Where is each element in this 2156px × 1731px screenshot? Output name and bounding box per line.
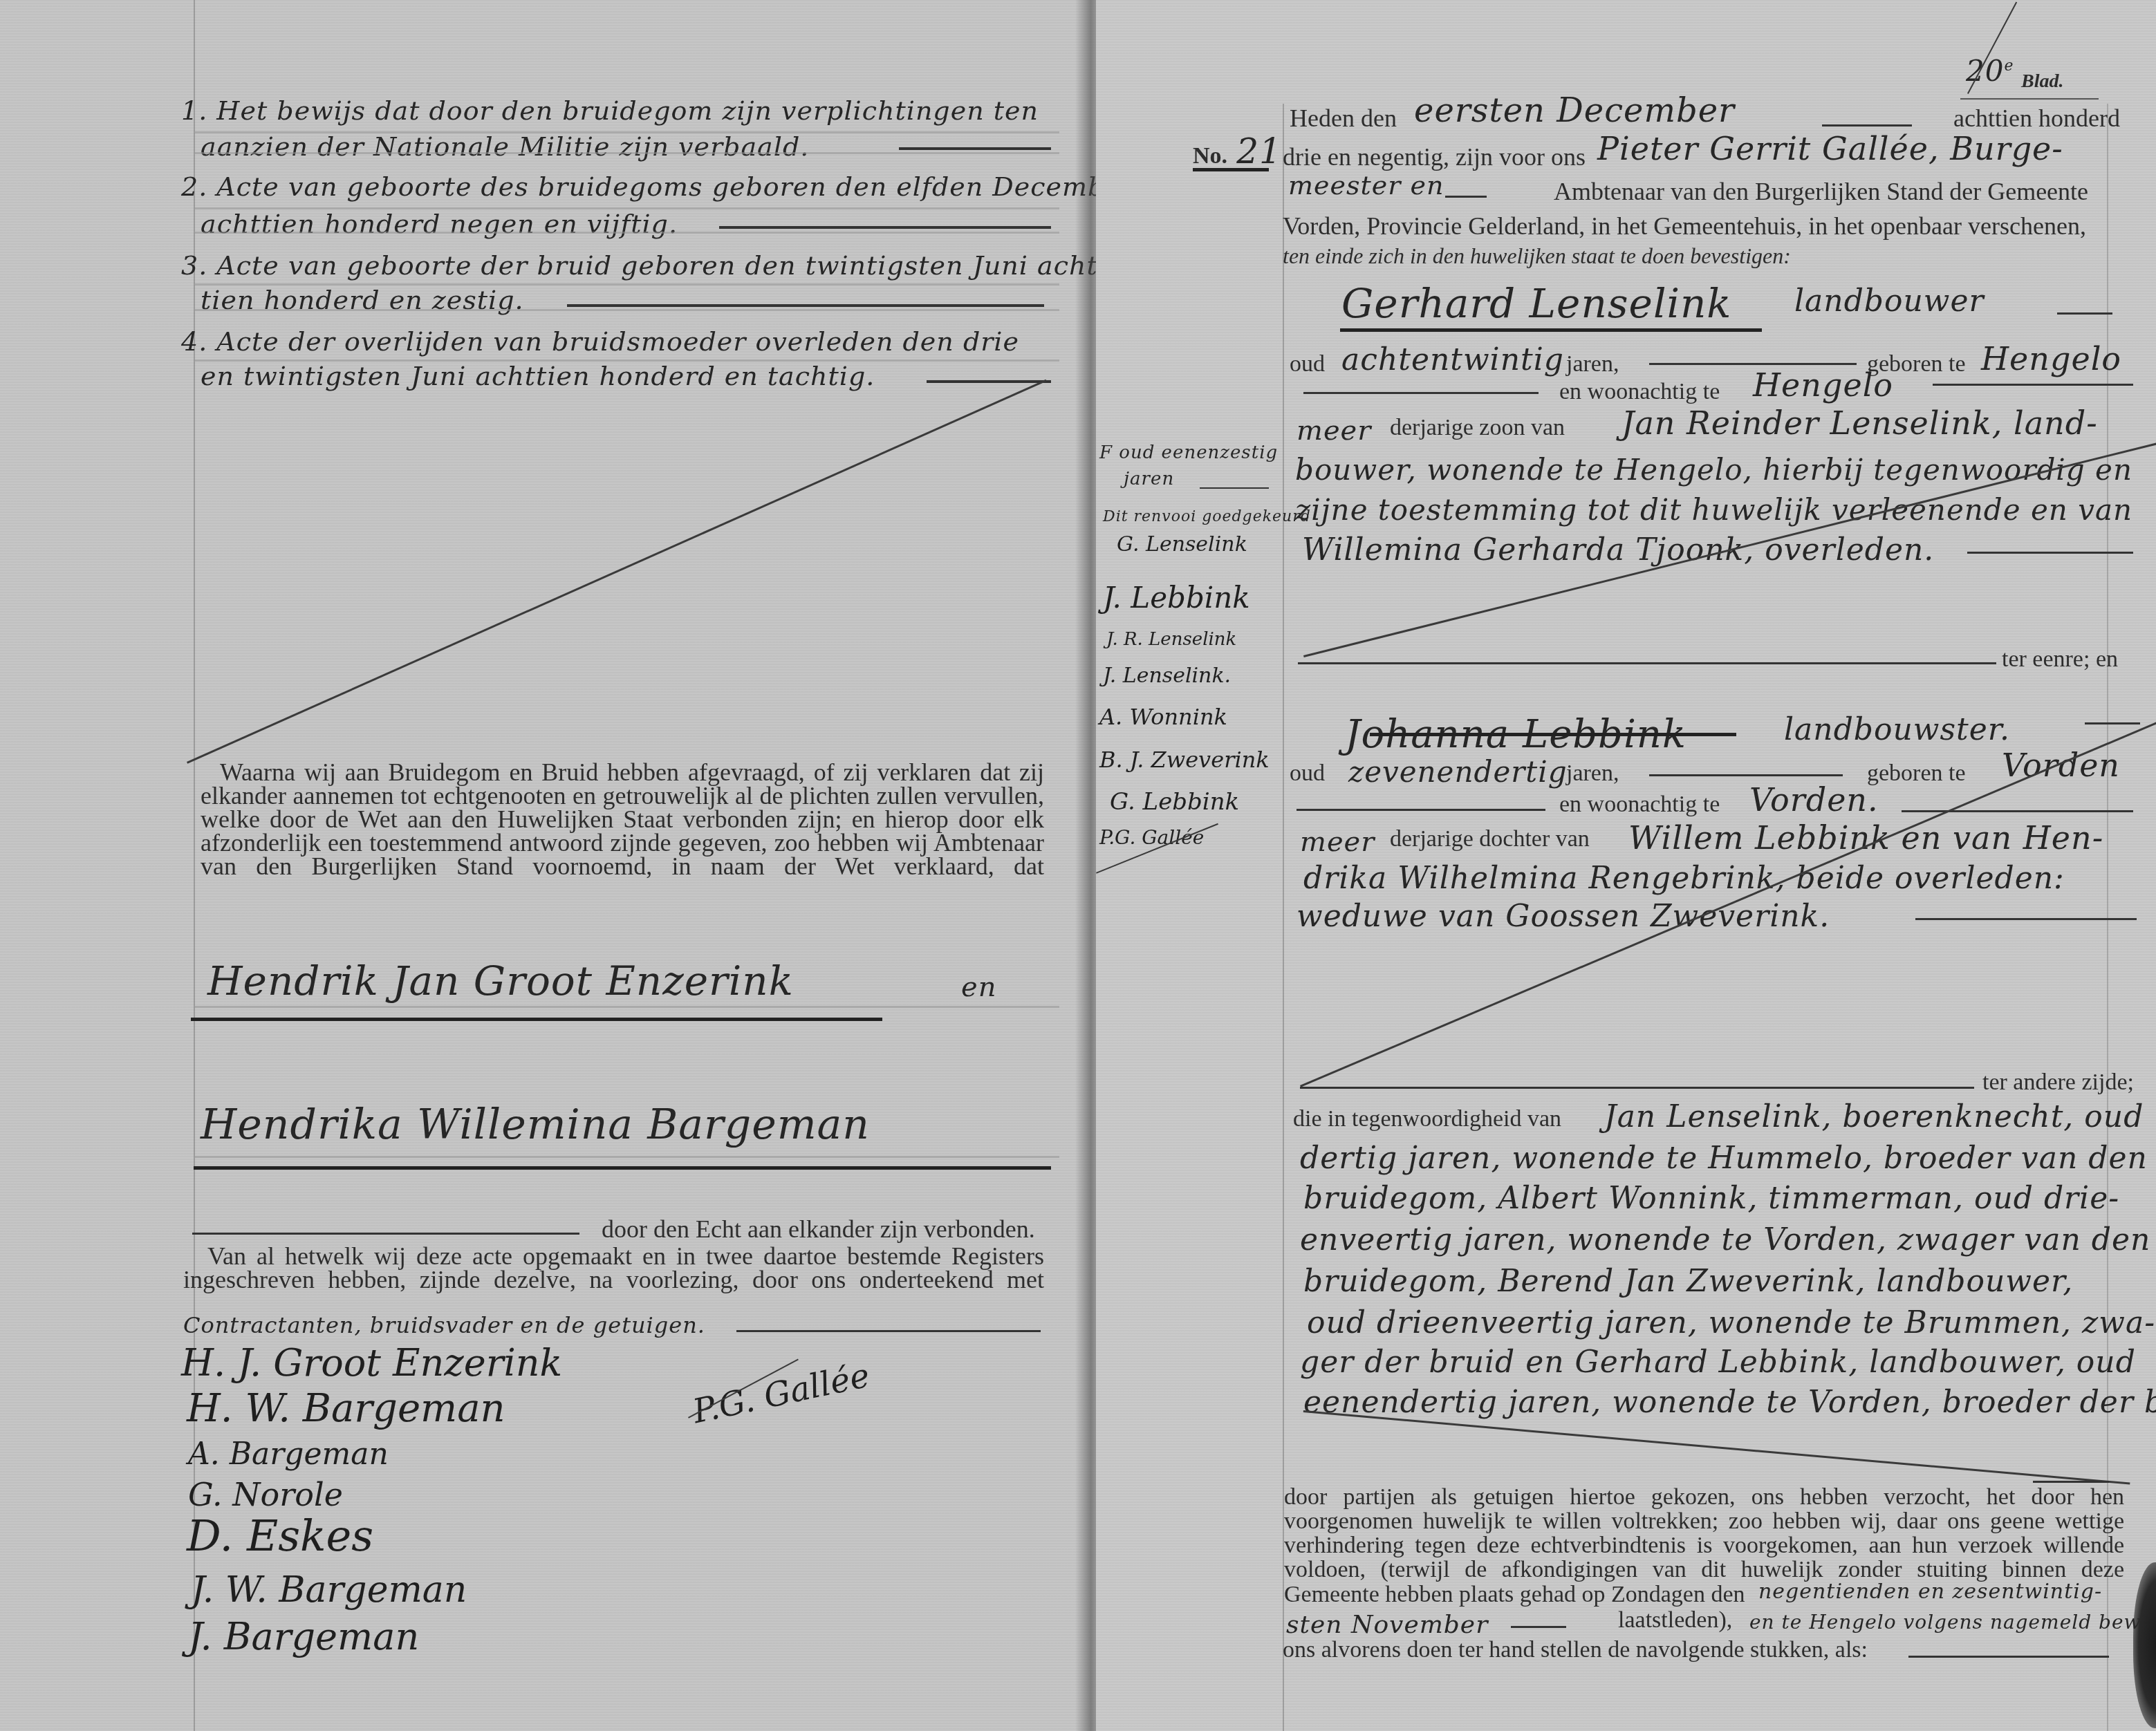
- document-line: aanzien der Nationale Militie zijn verba…: [201, 131, 809, 162]
- official-name: Pieter Gerrit Gallée, Burge-: [1597, 130, 2063, 167]
- fill-stroke: [719, 226, 1051, 229]
- fill-stroke: [899, 147, 1051, 150]
- margin-signature: B. J. Zweverink: [1099, 747, 1270, 773]
- cancel-diagonal-line: [1303, 1410, 2130, 1485]
- document-item-4: 4. Acte der overlijden van bruidsmoeder …: [181, 326, 1019, 357]
- born-label: geboren te: [1867, 760, 1966, 787]
- proclamation-hengelo: en te Hengelo volgens nagemeld bewijs: [1749, 1611, 2156, 1634]
- year-suffix-text: drie en negentig, zijn voor ons: [1283, 142, 1586, 171]
- ruled-line: [195, 1156, 1059, 1158]
- years-label: jaren,: [1566, 760, 1619, 787]
- document-number: 3.: [181, 250, 207, 281]
- document-item-1: 1. Het bewijs dat door den bruidegom zij…: [181, 95, 1039, 126]
- groom-name: Hendrik Jan Groot Enzerink: [207, 957, 794, 1004]
- fill-stroke: [1902, 810, 2133, 812]
- fill-stroke: [927, 380, 1051, 383]
- cancel-diagonal-line: [187, 380, 1047, 764]
- groom-name: Gerhard Lenselink: [1341, 280, 1732, 327]
- document-number: 4.: [181, 326, 207, 357]
- witness-line: Jan Lenselink, boerenknecht, oud: [1604, 1099, 2144, 1134]
- witness-line: eenendertig jaren, wonende te Vorden, br…: [1303, 1385, 2156, 1420]
- document-item-3: 3. Acte van geboorte der bruid geboren d…: [181, 250, 1152, 281]
- margin-note-approved: Dit renvooi goedgekeurd: [1103, 508, 1311, 525]
- witness-line: oud drieenveertig jaren, wonende te Brum…: [1307, 1305, 2155, 1340]
- ambtenaar-text: Ambtenaar van den Burgerlijken Stand der…: [1554, 177, 2088, 206]
- signed-with-text: Contractanten, bruidsvader en de getuige…: [183, 1312, 705, 1338]
- bride-widow-of: weduwe van Goossen Zweverink.: [1297, 899, 1830, 934]
- margin-signature: J. R. Lenselink: [1106, 629, 1236, 650]
- proclamation-text: Gemeente hebben plaats gehad op Zondagen…: [1284, 1582, 1745, 1608]
- document-item-2: 2. Acte van geboorte des bruidegoms gebo…: [181, 171, 1135, 202]
- margin-note-jaren: jaren: [1124, 469, 1174, 489]
- document-line: Acte van geboorte der bruid geboren den …: [216, 250, 1152, 281]
- fill-stroke: [1511, 1626, 1566, 1628]
- ink-stain: [2133, 1562, 2156, 1728]
- margin-signature: J. Lebbink: [1103, 581, 1250, 615]
- fill-stroke: [1649, 774, 1843, 776]
- status-prefix: meer: [1297, 415, 1371, 447]
- fill-stroke: [1933, 384, 2133, 386]
- margin-signature: P.G. Gallée: [1099, 826, 1204, 849]
- age-label: oud: [1290, 760, 1325, 787]
- fill-stroke: [1200, 487, 1269, 489]
- margin-signature: G. Lebbink: [1110, 788, 1239, 816]
- act-number-value: 21: [1236, 131, 1282, 171]
- groom-mother: Willemina Gerharda Tjoonk, overleden.: [1302, 532, 1934, 568]
- fill-stroke: [1967, 552, 2133, 554]
- witness-line: bruidegom, Albert Wonnink, timmerman, ou…: [1303, 1181, 2119, 1216]
- fill-stroke: [567, 304, 1044, 307]
- fill-stroke: [1822, 124, 1912, 127]
- groom-residence: Hengelo: [1753, 366, 1893, 404]
- margin-signature: G. Lenselink: [1117, 532, 1247, 556]
- witness-line: ger der bruid en Gerhard Lebbink, landbo…: [1300, 1345, 2136, 1380]
- margin-note-renvooi: F oud eenenzestig: [1099, 442, 1278, 463]
- page-number-rule: [1960, 98, 2099, 100]
- fill-stroke: [2033, 1481, 2109, 1483]
- document-line: Het bewijs dat door den bruidegom zijn v…: [216, 95, 1039, 126]
- signature: J. W. Bargeman: [191, 1569, 467, 1611]
- groom-age: achtentwintig: [1341, 342, 1564, 377]
- groom-name-underline: [191, 1018, 882, 1021]
- ruled-line: [195, 309, 1059, 311]
- fill-stroke: [1303, 392, 1539, 394]
- bride-name-underline: [194, 1166, 1051, 1170]
- ruled-line: [195, 232, 1059, 234]
- document-line: achttien honderd negen en vijftig.: [201, 209, 678, 239]
- witness-line: enveertig jaren, wonende te Vorden, zwag…: [1300, 1222, 2150, 1257]
- left-page: 1. Het bewijs dat door den bruidegom zij…: [0, 0, 1096, 1731]
- witnesses-label: die in tegenwoordigheid van: [1293, 1106, 1561, 1132]
- document-line: Acte der overlijden van bruidsmoeder ove…: [216, 326, 1019, 357]
- groom-birthplace: Hengelo: [1981, 340, 2121, 377]
- request-paragraph: door partijen als getuigen hiertoe gekoz…: [1284, 1485, 2124, 1582]
- conjunction-and: en: [961, 971, 996, 1003]
- fill-stroke: [1300, 1087, 1974, 1089]
- declaration-paragraph: Waarna wij aan Bruidegom en Bruid hebben…: [201, 760, 1044, 878]
- groom-parents-line: zijne toestemming tot dit huwelijk verle…: [1295, 493, 2132, 527]
- years-label: jaren,: [1566, 351, 1619, 377]
- bride-birthplace: Vorden: [2002, 747, 2120, 784]
- groom-name-underline: [1340, 328, 1762, 332]
- document-line: en twintigsten Juni achttien honderd en …: [201, 361, 875, 391]
- ruled-line: [195, 152, 1059, 154]
- date-handwritten: eersten December: [1414, 91, 1735, 130]
- fill-stroke: [192, 1233, 579, 1235]
- margin-signature: J. Lenselink.: [1103, 664, 1231, 688]
- official-title: meester en: [1288, 170, 1444, 200]
- fill-stroke: [1915, 918, 2137, 920]
- groom-father: Jan Reinder Lenselink, land-: [1621, 404, 2098, 442]
- bride-residence: Vorden.: [1749, 781, 1879, 818]
- witness-line: dertig jaren, wonende te Hummelo, broede…: [1300, 1141, 2148, 1176]
- proclamation-dates: negentienden en zesentwintig-: [1758, 1580, 2102, 1604]
- status-text: derjarige zoon van: [1390, 415, 1565, 441]
- ter-andere-zijde-text: ter andere zijde;: [1982, 1069, 2134, 1096]
- fill-stroke: [1297, 809, 1545, 811]
- signature: H. W. Bargeman: [187, 1386, 505, 1431]
- document-line: Acte van geboorte des bruidegoms geboren…: [216, 171, 1135, 202]
- document-number: 2.: [181, 171, 207, 202]
- act-number: No. 21: [1193, 131, 1282, 171]
- heden-den-label: Heden den: [1290, 104, 1397, 133]
- witness-line: bruidegom, Berend Jan Zweverink, landbou…: [1303, 1264, 2073, 1299]
- bride-mother: drika Wilhelmina Rengebrink, beide overl…: [1303, 861, 2065, 896]
- page-label: Blad.: [2021, 71, 2063, 93]
- status-text: derjarige dochter van: [1390, 826, 1590, 852]
- signature: J. Bargeman: [188, 1615, 419, 1658]
- right-page: 20e Blad. No. 21 Heden den eersten Decem…: [1096, 0, 2156, 1731]
- year-prefix-text: achttien honderd: [1953, 104, 2120, 133]
- bride-name: Hendrika Willemina Bargeman: [201, 1101, 870, 1149]
- signature: A. Bargeman: [188, 1437, 389, 1472]
- status-prefix: meer: [1300, 826, 1375, 858]
- documents-intro-text: ons alvorens doen ter hand stellen de na…: [1283, 1637, 1868, 1663]
- signature: G. Norole: [188, 1476, 343, 1513]
- ruled-line: [195, 1006, 1059, 1008]
- groom-occupation: landbouwer: [1794, 283, 1985, 319]
- resides-label: en woonachtig te: [1559, 792, 1720, 818]
- bride-father: Willem Lebbink en van Hen-: [1628, 819, 2103, 857]
- bride-age: zevenendertig: [1348, 755, 1568, 789]
- act-number-underline: [1193, 168, 1269, 171]
- margin-signature: A. Wonnink: [1099, 704, 1227, 730]
- fill-stroke: [2057, 312, 2112, 315]
- purpose-text: ten einde zich in den huwelijken staat t…: [1283, 243, 1791, 269]
- page-number-suffix: e: [2004, 57, 2014, 75]
- location-text: Vorden, Provincie Gelderland, in het Gem…: [1283, 212, 2126, 241]
- fill-stroke: [2085, 722, 2140, 724]
- united-text: door den Echt aan elkander zijn verbonde…: [602, 1215, 1035, 1244]
- age-label: oud: [1290, 351, 1325, 377]
- bride-occupation: landbouwster.: [1784, 712, 2010, 747]
- fill-stroke: [1908, 1656, 2109, 1658]
- bride-name-underline: [1370, 733, 1736, 736]
- signature-groom: H. J. Groot Enzerink: [181, 1341, 562, 1385]
- resides-label: en woonachtig te: [1559, 379, 1720, 405]
- proclamation-month: sten November: [1286, 1611, 1488, 1639]
- laatstleden-text: laatstleden),: [1618, 1607, 1732, 1634]
- fill-stroke: [1649, 363, 1857, 365]
- closing-paragraph: Van al hetwelk wij deze acte opgemaakt e…: [183, 1244, 1044, 1291]
- fill-stroke: [1298, 662, 1996, 664]
- fill-stroke: [736, 1330, 1041, 1332]
- signature: D. Eskes: [187, 1510, 373, 1561]
- act-number-label: No.: [1193, 143, 1227, 169]
- ter-eenre-text: ter eenre; en: [2002, 646, 2118, 673]
- fill-stroke: [1445, 196, 1487, 198]
- document-number: 1.: [181, 95, 207, 126]
